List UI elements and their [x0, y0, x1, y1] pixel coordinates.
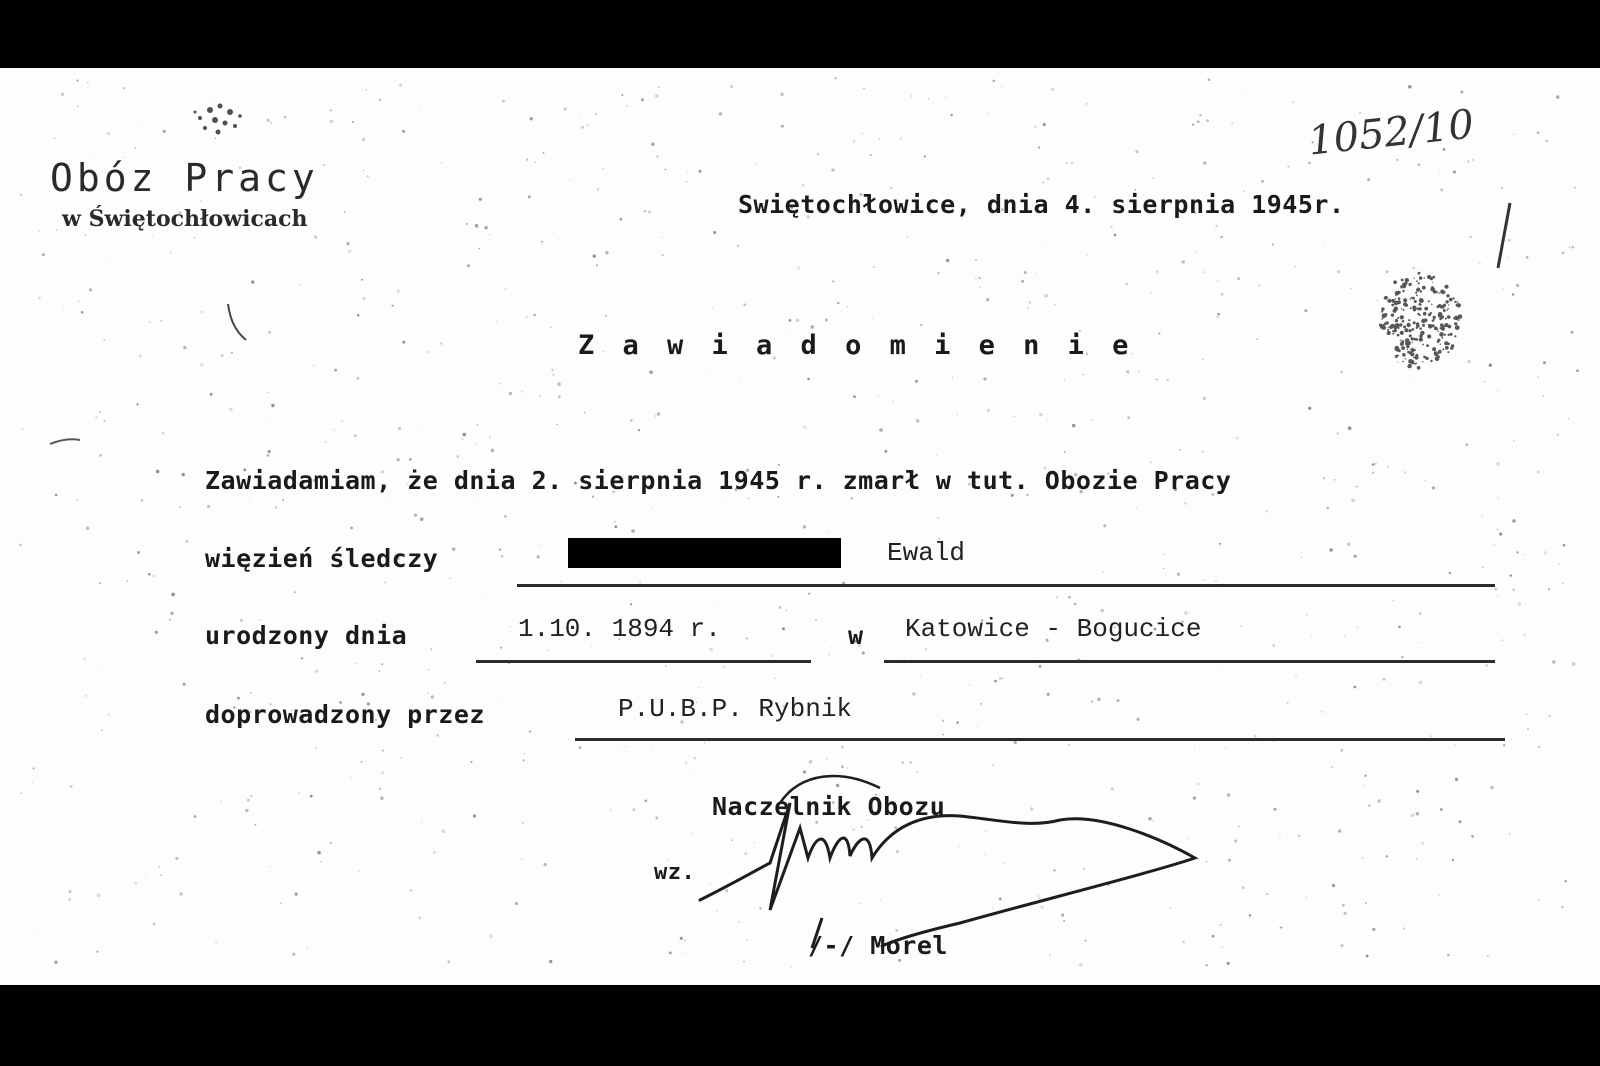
pen-mark — [0, 68, 1600, 985]
bottom-black-bar — [0, 985, 1600, 1066]
top-black-bar — [0, 0, 1600, 68]
document-page: Obóz Pracy w Świętochłowicach 1052/10 Sw… — [0, 68, 1600, 985]
